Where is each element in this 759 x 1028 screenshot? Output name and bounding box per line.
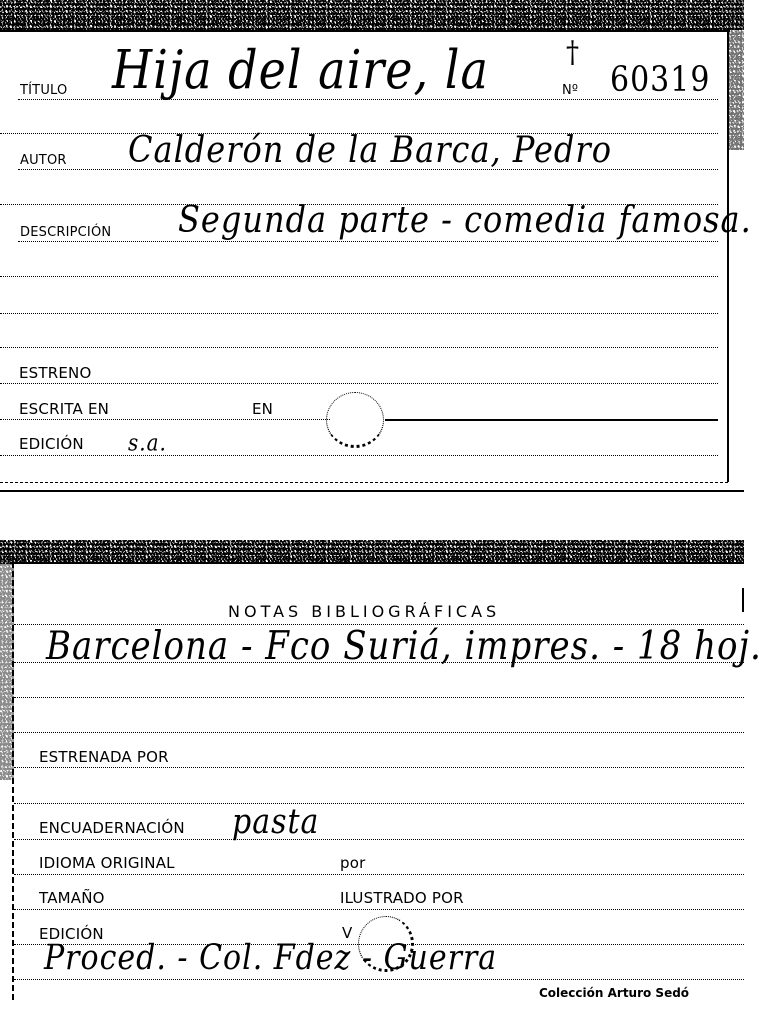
descripcion-label: DESCRIPCIÓN bbox=[20, 226, 111, 239]
card-top-edge bbox=[10, 562, 744, 564]
card-separator bbox=[0, 490, 744, 492]
tamano-label: TAMAÑO bbox=[39, 891, 105, 906]
estrenada-por-label: ESTRENADA POR bbox=[39, 750, 169, 765]
rule-line bbox=[14, 874, 744, 875]
library-stamp bbox=[326, 392, 384, 448]
rule-line bbox=[0, 313, 718, 314]
titulo-value: Hija del aire, la bbox=[112, 43, 489, 96]
rule-line bbox=[14, 767, 744, 768]
card-right-border-noise bbox=[728, 0, 744, 150]
card-right-edge bbox=[727, 30, 729, 482]
rule-line bbox=[14, 662, 744, 663]
procedencia-value: Proced. - Col. Fdez - Guerra bbox=[44, 942, 497, 977]
rule-line bbox=[14, 697, 744, 698]
edicion-rule bbox=[0, 455, 718, 456]
card-left-edge bbox=[12, 562, 14, 1002]
estreno-rule bbox=[0, 383, 718, 384]
autor-rule bbox=[18, 169, 718, 170]
edicion-value: s.a. bbox=[128, 431, 167, 454]
autor-value: Calderón de la Barca, Pedro bbox=[128, 131, 612, 168]
numero-label: Nº bbox=[562, 84, 578, 97]
en-rule bbox=[385, 419, 718, 421]
escrita-en-label: ESCRITA EN bbox=[19, 402, 109, 417]
autor-label: AUTOR bbox=[20, 154, 67, 167]
descripcion-rule bbox=[18, 241, 718, 242]
notas-value: Barcelona - Fco Suriá, impres. - 18 hoj. bbox=[46, 627, 759, 666]
cross-mark: † bbox=[566, 38, 580, 68]
rule-line bbox=[0, 347, 718, 348]
idioma-original-label: IDIOMA ORIGINAL bbox=[39, 856, 175, 871]
descripcion-value: Segunda parte - comedia famosa. bbox=[178, 201, 752, 238]
edicion-label: EDICIÓN bbox=[19, 437, 84, 452]
rule-line bbox=[14, 979, 744, 980]
encuadernacion-label: ENCUADERNACIÓN bbox=[39, 821, 185, 836]
por-label: por bbox=[340, 856, 365, 871]
escrita-en-rule bbox=[0, 419, 330, 420]
card-top-border-noise bbox=[0, 540, 744, 564]
notas-heading: NOTAS BIBLIOGRÁFICAS bbox=[228, 604, 500, 620]
rule-line bbox=[14, 909, 744, 910]
rule-line bbox=[0, 276, 718, 277]
ilustrado-por-label: ILUSTRADO POR bbox=[340, 891, 464, 906]
titulo-rule bbox=[18, 99, 718, 100]
encuadernacion-value: pasta bbox=[232, 806, 319, 841]
collection-credit: Colección Arturo Sedó bbox=[539, 986, 689, 1000]
numero-value: 60319 bbox=[610, 64, 710, 99]
titulo-label: TÍTULO bbox=[20, 84, 67, 97]
rule-line bbox=[14, 839, 744, 840]
estreno-label: ESTRENO bbox=[19, 366, 92, 381]
rule-line bbox=[14, 803, 744, 804]
rule-line bbox=[14, 732, 744, 733]
card-top-border-noise bbox=[0, 0, 744, 30]
en-label: EN bbox=[252, 402, 273, 417]
card-bottom-edge bbox=[0, 482, 728, 483]
edge-mark bbox=[742, 588, 744, 612]
card-top-edge bbox=[0, 30, 730, 32]
